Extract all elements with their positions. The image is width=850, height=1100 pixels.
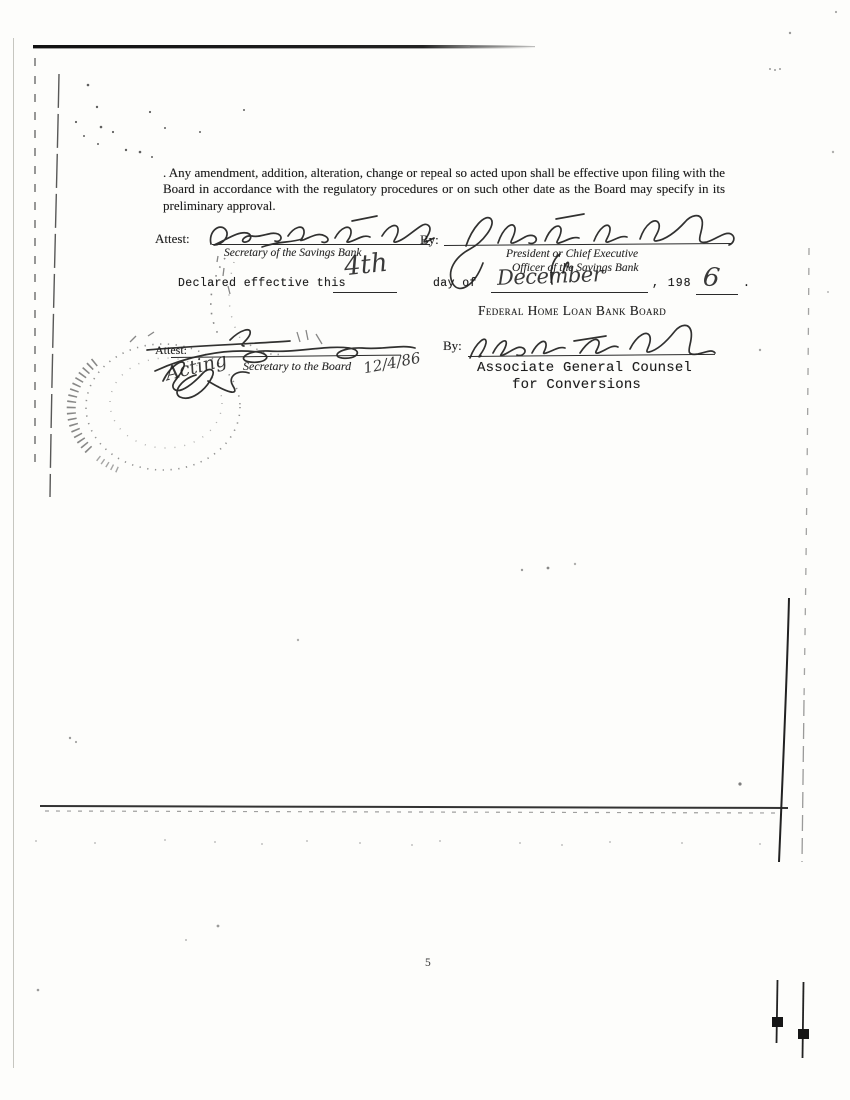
by-caption-2-line2: for Conversions bbox=[512, 377, 641, 393]
bottom-scan-line bbox=[40, 806, 788, 813]
effective-text-2: day of bbox=[433, 277, 477, 290]
signature-associate-general-counsel bbox=[470, 325, 715, 358]
effective-text-1: Declared effective this bbox=[178, 277, 346, 290]
dot-cluster bbox=[75, 84, 245, 158]
by-caption-1-line1: President or Chief Executive bbox=[506, 248, 638, 260]
attest-label-1: Attest: bbox=[155, 231, 190, 247]
bottom-right-marks bbox=[772, 980, 809, 1058]
right-fold-lines bbox=[779, 248, 809, 862]
by-label-2: By: bbox=[443, 338, 462, 354]
agency-name: Federal Home Loan Bank Board bbox=[478, 303, 666, 319]
by-label-1: By: bbox=[420, 232, 439, 248]
top-scan-line bbox=[33, 45, 535, 48]
left-edge-lines bbox=[14, 38, 60, 1068]
scan-noise-specks bbox=[35, 11, 837, 991]
effective-text-3: , 198 bbox=[652, 277, 692, 290]
month-blank-line bbox=[491, 292, 648, 293]
handwritten-month: December bbox=[497, 262, 603, 290]
amendment-paragraph: . Any amendment, addition, alteration, c… bbox=[163, 165, 725, 214]
handwritten-day: 4th bbox=[343, 248, 390, 282]
effective-text-4: . bbox=[743, 277, 750, 290]
attest-label-2: Attest: bbox=[155, 343, 187, 358]
attest-signature-line-1 bbox=[212, 244, 430, 245]
scanned-document-page: . Any amendment, addition, alteration, c… bbox=[0, 0, 850, 1100]
page-number: 5 bbox=[425, 957, 431, 969]
day-blank-line bbox=[333, 292, 397, 293]
year-blank-line bbox=[696, 294, 738, 295]
by-caption-2-line1: Associate General Counsel bbox=[477, 360, 692, 376]
attest-caption-1: Secretary of the Savings Bank bbox=[224, 247, 362, 259]
attest-caption-2: Secretary to the Board bbox=[243, 359, 351, 374]
signature-secretary-savings-bank bbox=[210, 216, 434, 247]
